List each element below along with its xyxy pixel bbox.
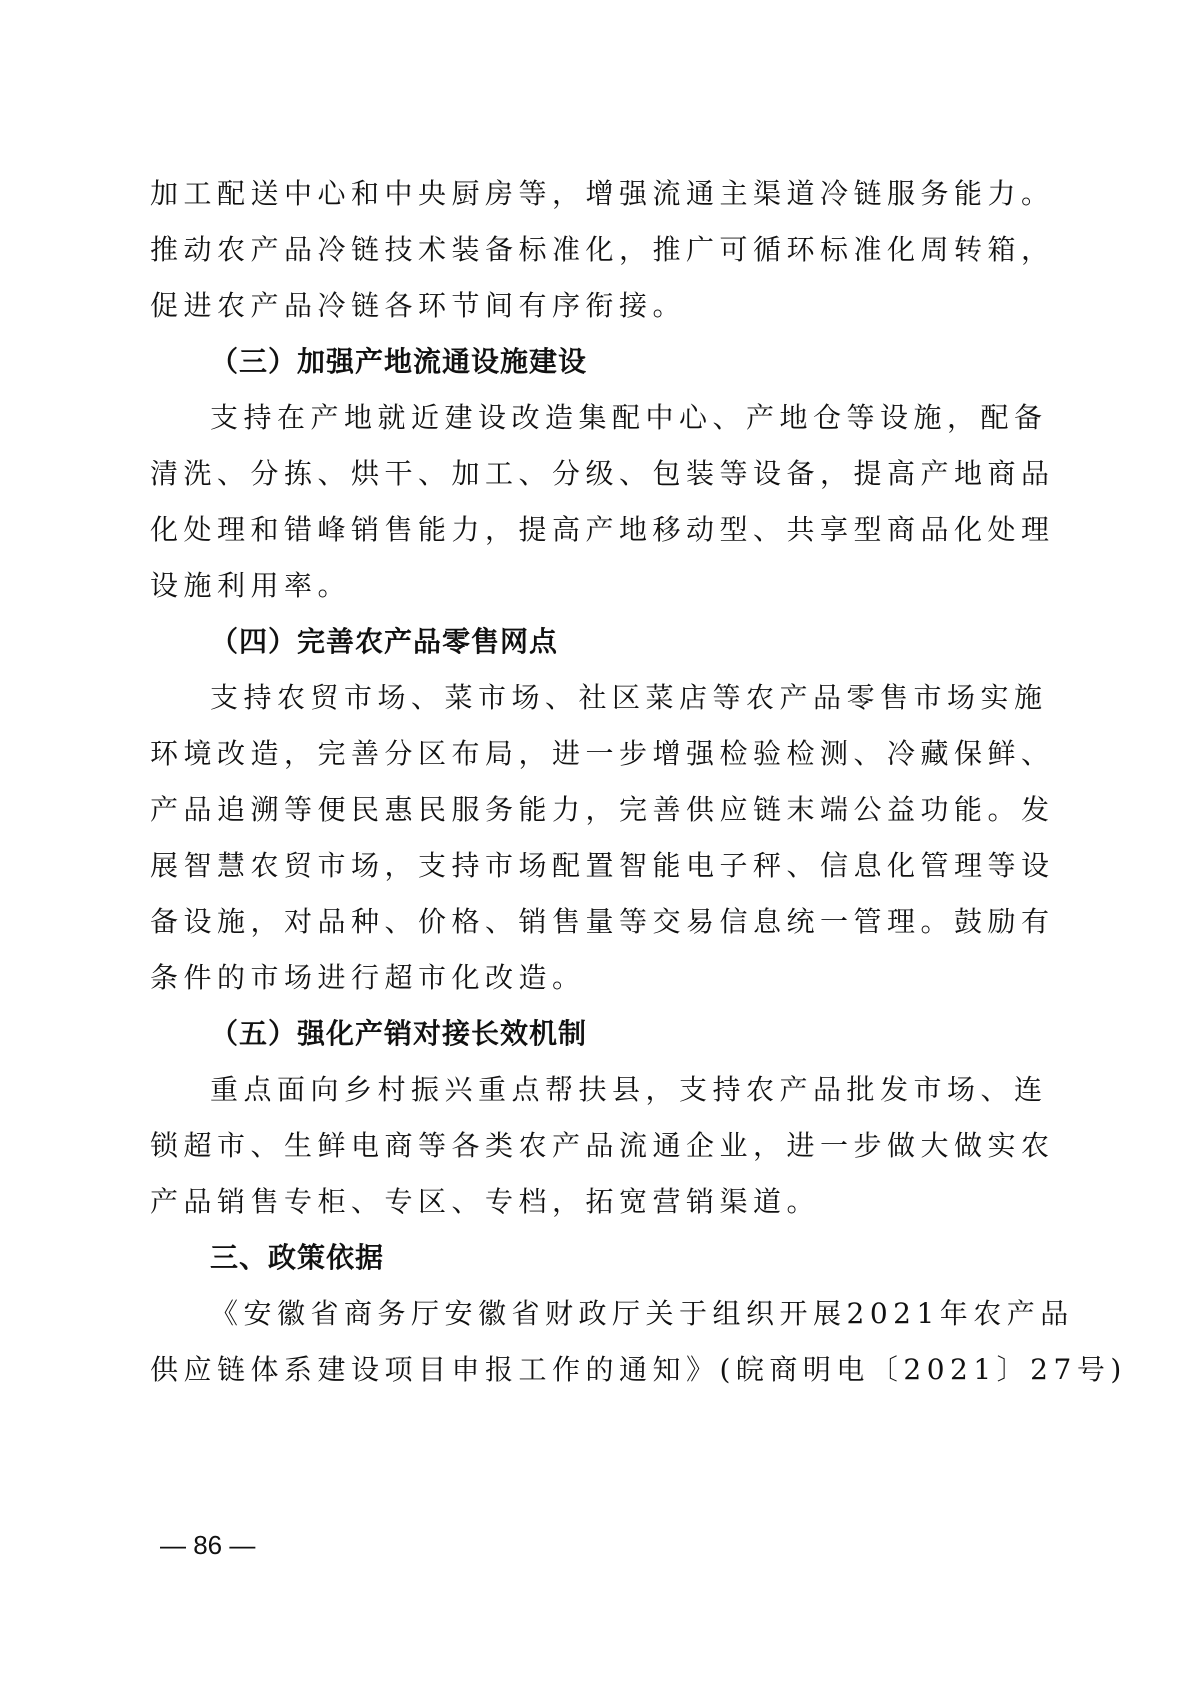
body-line: 重点面向乡村振兴重点帮扶县，支持农产品批发市场、连	[150, 1062, 962, 1118]
section-heading-5: （五）强化产销对接长效机制	[150, 1006, 962, 1062]
body-line: 备设施，对品种、价格、销售量等交易信息统一管理。鼓励有	[150, 894, 962, 950]
chapter-heading-policy-basis: 三、政策依据	[150, 1230, 962, 1286]
body-line: 推动农产品冷链技术装备标准化，推广可循环标准化周转箱，	[150, 222, 962, 278]
body-line: 化处理和错峰销售能力，提高产地移动型、共享型商品化处理	[150, 502, 962, 558]
body-line: 加工配送中心和中央厨房等，增强流通主渠道冷链服务能力。	[150, 166, 962, 222]
section-heading-3: （三）加强产地流通设施建设	[150, 334, 962, 390]
page-number: — 86 —	[160, 1530, 255, 1561]
body-line: 设施利用率。	[150, 558, 962, 614]
body-line: 产品追溯等便民惠民服务能力，完善供应链末端公益功能。发	[150, 782, 962, 838]
section-heading-4: （四）完善农产品零售网点	[150, 614, 962, 670]
body-line: 展智慧农贸市场，支持市场配置智能电子秤、信息化管理等设	[150, 838, 962, 894]
body-line: 促进农产品冷链各环节间有序衔接。	[150, 278, 962, 334]
body-line: 供应链体系建设项目申报工作的通知》(皖商明电〔2021〕27号)	[150, 1342, 962, 1398]
document-body: 加工配送中心和中央厨房等，增强流通主渠道冷链服务能力。 推动农产品冷链技术装备标…	[150, 166, 962, 1398]
body-line: 支持农贸市场、菜市场、社区菜店等农产品零售市场实施	[150, 670, 962, 726]
body-line: 产品销售专柜、专区、专档，拓宽营销渠道。	[150, 1174, 962, 1230]
body-line: 锁超市、生鲜电商等各类农产品流通企业，进一步做大做实农	[150, 1118, 962, 1174]
body-line: 支持在产地就近建设改造集配中心、产地仓等设施，配备	[150, 390, 962, 446]
body-line: 《安徽省商务厅安徽省财政厅关于组织开展2021年农产品	[150, 1286, 962, 1342]
body-line: 清洗、分拣、烘干、加工、分级、包装等设备，提高产地商品	[150, 446, 962, 502]
body-line: 环境改造，完善分区布局，进一步增强检验检测、冷藏保鲜、	[150, 726, 962, 782]
body-line: 条件的市场进行超市化改造。	[150, 950, 962, 1006]
